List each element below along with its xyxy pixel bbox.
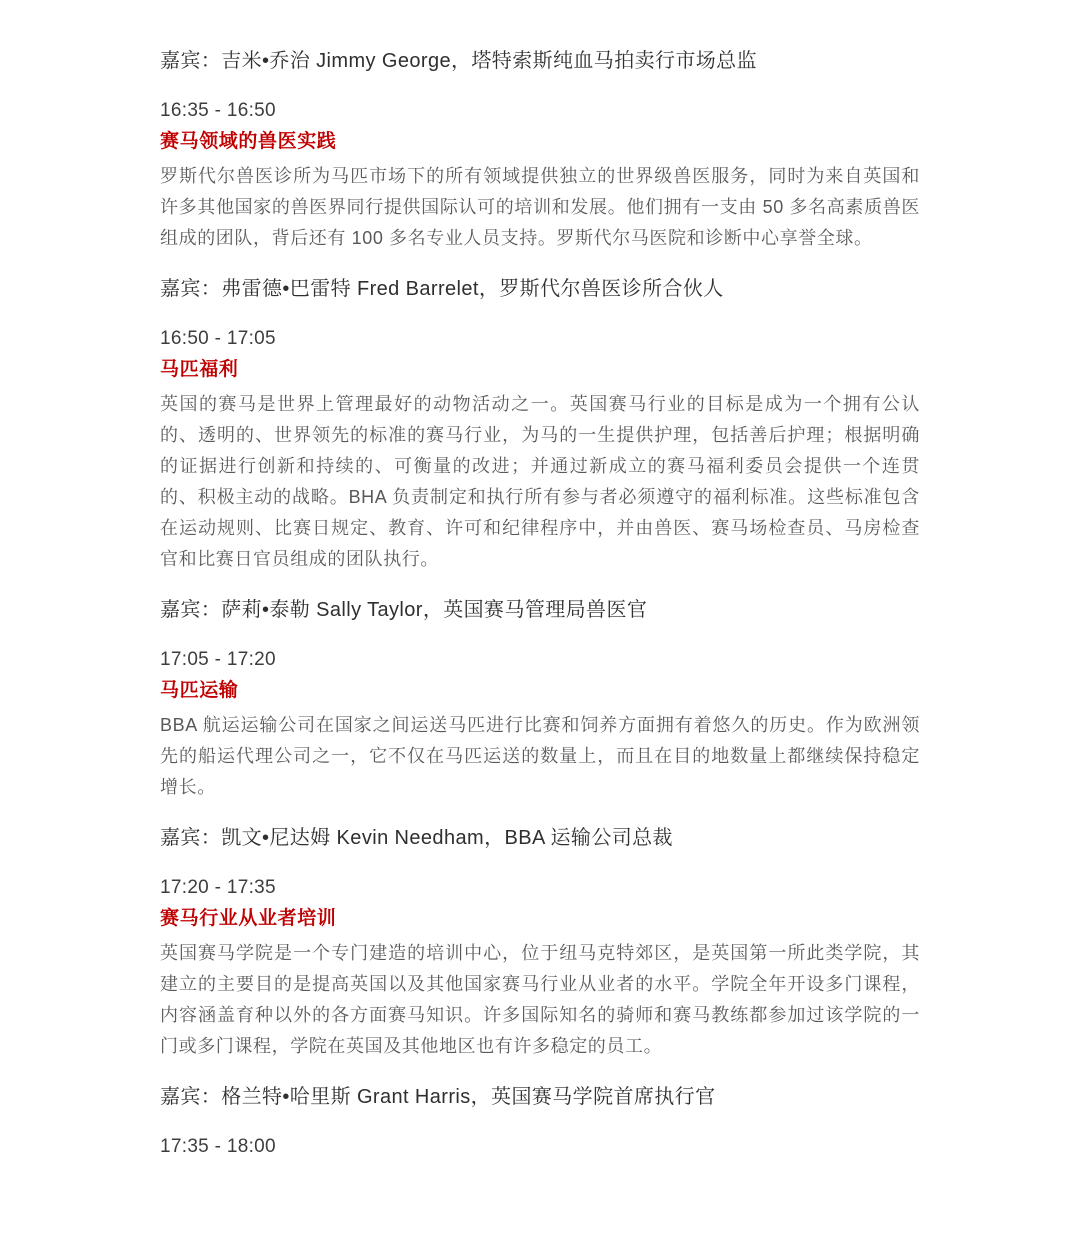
session-time: 16:35 - 16:50 [160,95,920,126]
guest-line: 嘉宾：弗雷德•巴雷特 Fred Barrelet，罗斯代尔兽医诊所合伙人 [160,274,920,305]
session-title: 马匹运输 [160,675,920,706]
session-description: 英国的赛马是世界上管理最好的动物活动之一。英国赛马行业的目标是成为一个拥有公认的… [160,389,920,575]
agenda-document: 嘉宾：吉米•乔治 Jimmy George，塔特索斯纯血马拍卖行市场总监 16:… [0,0,1080,1241]
guest-line: 嘉宾：凯文•尼达姆 Kevin Needham，BBA 运输公司总裁 [160,823,920,854]
guest-line: 嘉宾：格兰特•哈里斯 Grant Harris，英国赛马学院首席执行官 [160,1082,920,1113]
guest-line: 嘉宾：萨莉•泰勒 Sally Taylor，英国赛马管理局兽医官 [160,595,920,626]
session-block: 17:20 - 17:35 赛马行业从业者培训 英国赛马学院是一个专门建造的培训… [160,872,920,1113]
session-block: 16:50 - 17:05 马匹福利 英国的赛马是世界上管理最好的动物活动之一。… [160,323,920,626]
session-title: 马匹福利 [160,354,920,385]
session-description: BBA 航运运输公司在国家之间运送马匹进行比赛和饲养方面拥有着悠久的历史。作为欧… [160,710,920,803]
session-time: 17:20 - 17:35 [160,872,920,903]
session-description: 罗斯代尔兽医诊所为马匹市场下的所有领域提供独立的世界级兽医服务，同时为来自英国和… [160,161,920,254]
session-time: 17:35 - 18:00 [160,1131,920,1162]
guest-line: 嘉宾：吉米•乔治 Jimmy George，塔特索斯纯血马拍卖行市场总监 [160,46,920,77]
session-block: 17:05 - 17:20 马匹运输 BBA 航运运输公司在国家之间运送马匹进行… [160,644,920,854]
session-title: 赛马行业从业者培训 [160,903,920,934]
session-block: 16:35 - 16:50 赛马领域的兽医实践 罗斯代尔兽医诊所为马匹市场下的所… [160,95,920,305]
session-time: 17:05 - 17:20 [160,644,920,675]
session-title: 赛马领域的兽医实践 [160,126,920,157]
session-time: 16:50 - 17:05 [160,323,920,354]
session-description: 英国赛马学院是一个专门建造的培训中心，位于纽马克特郊区，是英国第一所此类学院，其… [160,938,920,1062]
